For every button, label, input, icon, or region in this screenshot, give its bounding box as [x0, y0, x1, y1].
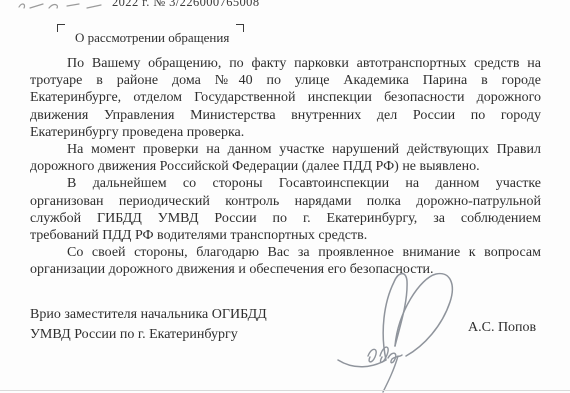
signatory-position-line2: УМВД России по г. Екатеринбургу — [30, 325, 267, 345]
body-line: тротуаре в районе дома №40 по улице Акад… — [30, 72, 541, 89]
body-line: Екатеринбурге, отделом Государственной и… — [30, 89, 541, 106]
signatory-name: А.С. Попов — [468, 320, 536, 336]
handwritten-signature — [328, 268, 478, 393]
addressee-corner-mark-left — [57, 24, 65, 32]
document-number-line: 2022 г. № 3/226000765008 — [112, 0, 259, 10]
addressee-corner-mark-right — [236, 24, 244, 32]
body-line: службой ГИБДД УМВД России по г. Екатерин… — [30, 210, 541, 227]
handwritten-date-fragment — [16, 0, 112, 9]
signatory-position-line1: Врио заместителя начальника ОГИБДД — [30, 305, 267, 325]
body-line: В дальнейшем со стороны Госавтоинспекции… — [30, 175, 541, 192]
subject-line: О рассмотрении обращения — [75, 30, 229, 46]
body-line: дорожного движения Российской Федерации … — [30, 158, 541, 175]
letter-body: По Вашему обращению, по факту парковки а… — [30, 55, 541, 279]
letter-document: 2022 г. № 3/226000765008 О рассмотрении … — [0, 0, 570, 393]
body-line: Екатеринбургу проведена проверка. — [30, 124, 541, 141]
body-line: требований ПДД РФ водителями транспортны… — [30, 227, 541, 244]
body-line: организован периодический контроль наряд… — [30, 193, 541, 210]
body-line: На момент проверки на данном участке нар… — [30, 141, 541, 158]
body-line: По Вашему обращению, по факту парковки а… — [30, 55, 541, 72]
body-line: Со своей стороны, благодарю Вас за прояв… — [30, 244, 541, 261]
body-line: движения Управления Министерства внутрен… — [30, 107, 541, 124]
scan-edge-line — [0, 390, 570, 391]
signatory-position: Врио заместителя начальника ОГИБДД УМВД … — [30, 305, 267, 345]
